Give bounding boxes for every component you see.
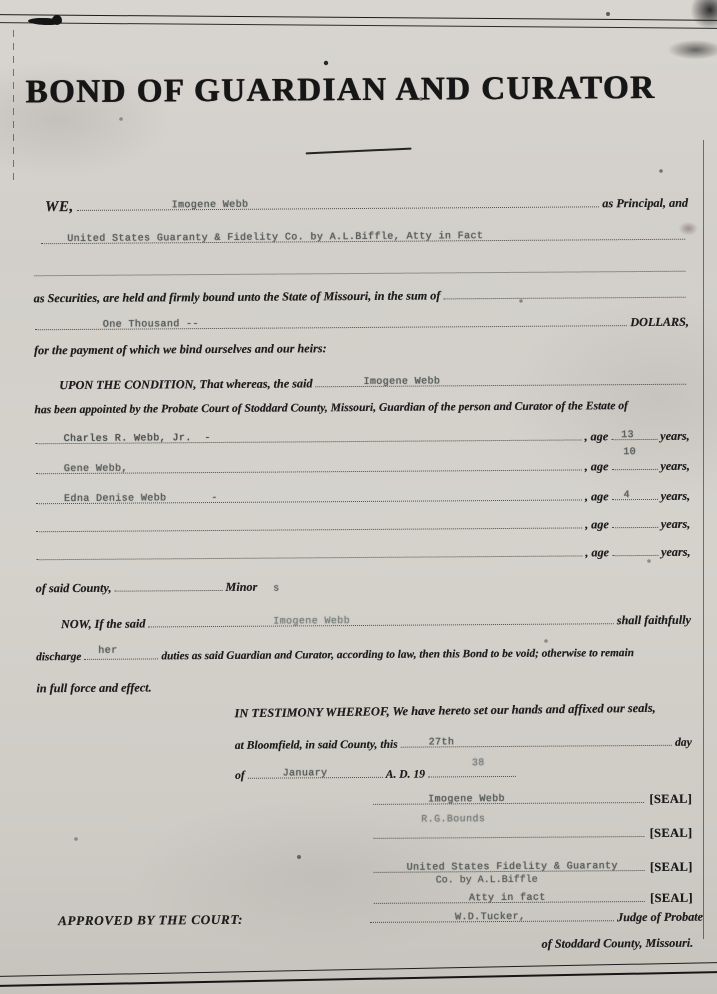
signature-1-typed: Imogene Webb [428, 794, 505, 806]
seal-label-3: [SEAL] [650, 859, 693, 874]
age-line: 13 [611, 427, 657, 440]
county-row: of said County, Minor s [36, 575, 691, 596]
now-name-line: Imogene Webb [148, 611, 613, 627]
judge-signature-line: W.D.Tucker, [370, 908, 614, 922]
signature-line-3: United States Fidelity & Guaranty [374, 858, 645, 872]
date-of-label: of [235, 769, 245, 782]
amount-line: One Thousand -- [35, 313, 627, 330]
ward-row: , age years, [33, 543, 690, 564]
payment-row: for the payment of which we bind ourselv… [34, 339, 689, 359]
county-spacer [282, 576, 687, 590]
ward-name-line: Edna Denise Webb - [36, 487, 582, 503]
age-typed: 10 [623, 447, 636, 458]
seal-label-2: [SEAL] [650, 825, 693, 840]
judge-typed: W.D.Tucker, [455, 911, 525, 922]
ad-19-label: A. D. 19 [386, 768, 425, 781]
amount-typed: One Thousand -- [103, 319, 199, 331]
surety-typed: United States Guaranty & Fidelity Co. by… [67, 231, 483, 245]
ward-name-line [36, 543, 582, 559]
ward-name-typed: Gene Webb, [64, 463, 128, 474]
testimony-row: IN TESTIMONY WHEREOF, We have hereto set… [234, 700, 706, 721]
signature-2-typed: R.G.Bounds [421, 814, 485, 825]
age-label: , age [585, 459, 609, 474]
signature-3-company-typed: United States Fidelity & Guaranty [407, 861, 618, 873]
discharge-typed: her [98, 645, 117, 656]
discharge-lead: discharge [36, 651, 81, 663]
years-label: years, [661, 516, 691, 531]
signature-line-2: R.G.Bounds [373, 824, 644, 838]
discharge-row: discharge her duties as said Guardian an… [36, 644, 691, 663]
appointed-text: has been appointed by the Probate Court … [34, 399, 628, 416]
condition-name-line: Imogene Webb [315, 372, 686, 387]
securities-row: as Securities, are held and firmly bound… [34, 285, 689, 306]
blank-line [34, 259, 685, 276]
signature-row-4: Atty in fact [SEAL] [371, 889, 693, 908]
age-line: 4 [611, 487, 657, 500]
years-label: years, [660, 488, 690, 503]
years-label: years, [660, 458, 690, 473]
now-name-typed: Imogene Webb [273, 616, 350, 628]
county-line [114, 578, 222, 591]
age-typed: 4 [624, 490, 630, 501]
day-label: day [675, 736, 692, 749]
approved-row: APPROVED BY THE COURT: W.D.Tucker, Judge… [58, 908, 703, 929]
document-content: BOND OF GUARDIAN AND CURATOR WE, Imogene… [0, 0, 717, 994]
signature-row-3b: Co. by A.L.Biffle [371, 874, 693, 887]
ward-name-line: Charles R. Webb, Jr. - [36, 427, 582, 443]
ward-name-typed: Edna Denise Webb - [64, 493, 218, 505]
discharge-line: her [84, 647, 158, 659]
sum-line [443, 285, 685, 299]
dollars-label: DOLLARS, [630, 314, 689, 329]
years-label: years, [661, 544, 691, 559]
month-typed: January [283, 768, 328, 779]
signature-row-1: Imogene Webb [SEAL] [370, 790, 692, 809]
seal-label-1: [SEAL] [649, 791, 692, 806]
place-row: at Bloomfield, in said County, this 27th… [235, 734, 692, 752]
signature-line-4: Atty in fact [374, 889, 645, 903]
force-text: in full force and effect. [36, 680, 151, 696]
minor-plural-typed: s [273, 583, 279, 594]
principal-suffix: as Principal, and [602, 195, 688, 211]
place-lead: at Bloomfield, in said County, this [235, 738, 398, 752]
judge-county-row: of Stoddard County, Missouri. [403, 936, 693, 953]
age-label: , age [585, 517, 609, 532]
age-label: , age [585, 489, 609, 504]
age-label: , age [584, 429, 608, 444]
ward-row: , age years, [33, 515, 690, 536]
age-label: , age [585, 545, 609, 560]
ward-name-line [36, 515, 582, 531]
appointed-row: has been appointed by the Probate Court … [34, 399, 689, 417]
age-line: 10 [611, 457, 657, 470]
signature-3-co-typed: Co. by A.L.Biffle [436, 875, 538, 887]
seal-label-4: [SEAL] [650, 890, 693, 905]
minor-label: Minor [225, 579, 257, 594]
day-line: 27th [401, 734, 672, 748]
condition-lead: UPON THE CONDITION, That whereas, the sa… [59, 376, 312, 393]
ward-name-typed: Charles R. Webb, Jr. - [64, 433, 211, 445]
years-label: years, [660, 428, 690, 443]
age-line [612, 515, 658, 528]
month-line: January [248, 766, 383, 779]
securities-text: as Securities, are held and firmly bound… [34, 288, 441, 306]
blank-row [31, 259, 688, 276]
now-row: NOW, If the said Imogene Webb shall fait… [61, 611, 691, 632]
age-typed: 13 [621, 430, 634, 441]
year-typed: 38 [472, 758, 485, 769]
ward-row: Gene Webb, , age 10 years, [33, 457, 690, 478]
approved-label: APPROVED BY THE COURT: [58, 911, 243, 928]
now-lead: NOW, If the said [61, 616, 146, 632]
amount-row: One Thousand -- DOLLARS, [32, 313, 689, 334]
scanned-bond-document: BOND OF GUARDIAN AND CURATOR WE, Imogene… [0, 0, 717, 994]
surety-line: United States Guaranty & Fidelity Co. by… [41, 227, 685, 244]
payment-text: for the payment of which we bind ourselv… [34, 341, 327, 358]
condition-name-typed: Imogene Webb [363, 376, 440, 388]
ward-name-line: Gene Webb, [36, 457, 582, 473]
now-suffix: shall faithfully [617, 612, 691, 628]
judge-title: Judge of Probate [617, 909, 703, 925]
discharge-rest: duties as said Guardian and Curator, acc… [161, 647, 634, 662]
signature-3-atty-typed: Atty in fact [469, 892, 546, 904]
approved-spacer [246, 911, 364, 923]
county-lead: of said County, [36, 580, 112, 596]
force-row: in full force and effect. [36, 677, 691, 697]
testimony-text: IN TESTIMONY WHEREOF, We have hereto set… [234, 701, 655, 722]
judge-title-2: of Stoddard County, Missouri. [541, 936, 693, 952]
signature-row-2: R.G.Bounds [SEAL] [370, 824, 692, 843]
day-typed: 27th [429, 737, 455, 748]
principal-row: WE, Imogene Webb as Principal, and [45, 194, 688, 216]
surety-row: United States Guaranty & Fidelity Co. by… [38, 227, 688, 244]
document-title: BOND OF GUARDIAN AND CURATOR [0, 70, 684, 112]
title-separator-rule [306, 148, 412, 155]
age-line [612, 543, 658, 556]
principal-name-typed: Imogene Webb [172, 199, 249, 211]
principal-name-line: Imogene Webb [76, 194, 599, 210]
date-spacer [522, 765, 689, 777]
ward-row: Edna Denise Webb - , age 4 years, [33, 487, 690, 508]
ward-row: Charles R. Webb, Jr. - , age 13 years, [33, 427, 690, 448]
date-row: of January A. D. 19 38 [235, 764, 692, 782]
we-label: WE, [45, 199, 74, 216]
year-line: 38 [428, 765, 516, 778]
condition-row: UPON THE CONDITION, That whereas, the sa… [59, 372, 689, 393]
signature-line-1: Imogene Webb [373, 790, 644, 804]
